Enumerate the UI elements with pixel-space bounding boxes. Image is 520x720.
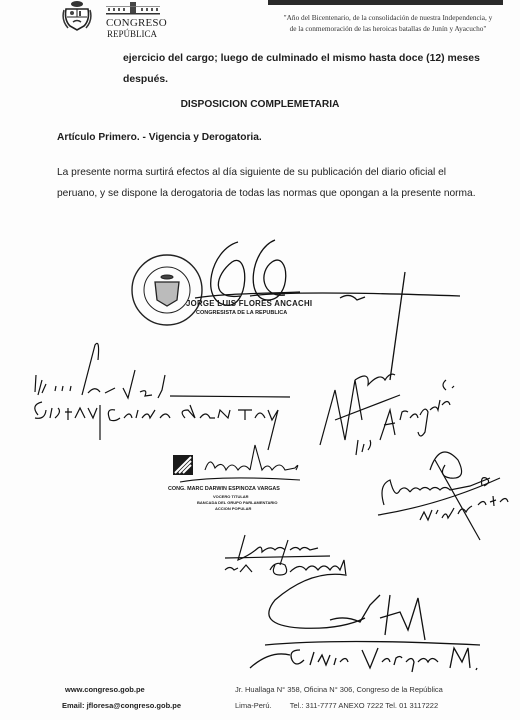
institution-subname: REPÚBLICA bbox=[107, 29, 157, 39]
footer-website-link[interactable]: www.congreso.gob.pe bbox=[62, 682, 181, 698]
signatory-group-espinoza: BANCADA DEL GRUPO PARLAMENTARIO bbox=[197, 500, 278, 505]
footer-phone: Tel.: 311-7777 ANEXO 7222 Tel. 01 311722… bbox=[290, 701, 438, 710]
section-heading: DISPOSICION COMPLEMETARIA bbox=[0, 99, 520, 110]
institution-name: CONGRESO bbox=[106, 17, 167, 29]
congreso-logo: CONGRESO REPÚBLICA bbox=[103, 0, 161, 40]
signatory-party-espinoza: ACCION POPULAR bbox=[215, 506, 251, 511]
continuation-paragraph: ejercicio del cargo; luego de culminado … bbox=[123, 48, 513, 90]
footer-address-line: Jr. Huallaga N° 358, Oficina N° 306, Con… bbox=[235, 682, 443, 698]
year-motto: "Año del Bicentenario, de la consolidaci… bbox=[283, 13, 493, 34]
footer-city: Lima-Perú. bbox=[235, 701, 272, 710]
article-title: Artículo Primero. - Vigencia y Derogator… bbox=[57, 132, 262, 143]
signature-cordero bbox=[35, 343, 290, 450]
congress-building-icon bbox=[106, 0, 160, 16]
official-seal-icon bbox=[132, 255, 202, 325]
footer-address: Jr. Huallaga N° 358, Oficina N° 306, Con… bbox=[235, 682, 443, 714]
peru-coat-of-arms-icon bbox=[62, 0, 92, 32]
signature-aragon bbox=[320, 374, 454, 455]
footer-email-link[interactable]: Email: jfloresa@congreso.gob.pe bbox=[62, 698, 181, 714]
document-page: CONGRESO REPÚBLICA "Año del Bicentenario… bbox=[0, 0, 520, 720]
accion-popular-logo-icon bbox=[173, 455, 193, 475]
signatory-name-flores: JORGE LUIS FLORES ANCACHI bbox=[186, 299, 312, 308]
signature-vergara bbox=[250, 574, 480, 672]
signatory-role-flores: CONGRESISTA DE LA REPUBLICA bbox=[196, 310, 287, 316]
header-bar bbox=[268, 0, 503, 5]
signatory-role-espinoza: VOCERO TITULAR bbox=[213, 494, 249, 499]
signature-espinoza-handwritten bbox=[225, 535, 346, 576]
footer-contact: www.congreso.gob.pe Email: jfloresa@cong… bbox=[62, 682, 181, 714]
article-text: La presente norma surtirá efectos al día… bbox=[57, 162, 477, 204]
signature-espinoza bbox=[180, 445, 300, 482]
signature-soto bbox=[378, 452, 508, 540]
signatory-name-espinoza: CONG. MARC DARWIN ESPINOZA VARGAS bbox=[168, 486, 280, 492]
